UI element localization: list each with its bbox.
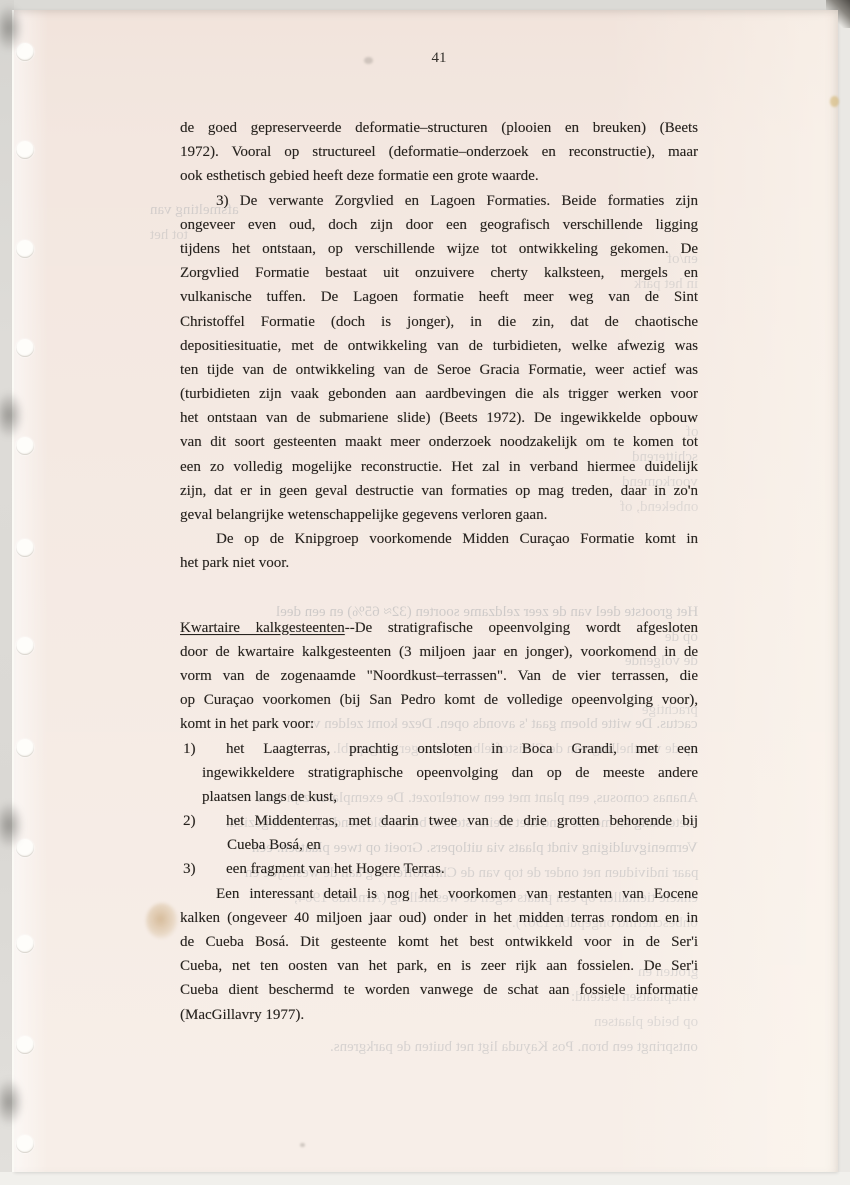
text-line: Cueba Bosá, en — [180, 833, 698, 857]
page-number: 41 — [180, 50, 698, 67]
punch-hole — [16, 637, 34, 655]
list-marker: 2) — [183, 809, 196, 833]
text-line: kalken (ongeveer 40 miljoen jaar oud) on… — [180, 906, 698, 930]
text-line: door de kwartaire kalkgesteenten (3 milj… — [180, 640, 698, 664]
punch-hole — [16, 437, 34, 455]
text-block: de goed gepreserveerde deformatie–struct… — [180, 116, 698, 1027]
text-line: een zo volledig mogelijke reconstructie.… — [180, 455, 698, 479]
text-line: plaatsen langs de kust, — [180, 785, 698, 809]
text-line: komt in het park voor: — [180, 712, 698, 736]
text-line: (MacGillavry 1977). — [180, 1003, 698, 1027]
punch-hole — [16, 539, 34, 557]
text-line: het park niet voor. — [180, 551, 698, 575]
scanner-bed-left — [0, 0, 14, 1185]
punch-hole — [16, 1135, 34, 1153]
text-line: de Cueba Bosá. Dit gesteente komt het be… — [180, 930, 698, 954]
yellow-spot — [830, 96, 839, 107]
text-line: 3) De verwante Zorgvlied en Lagoen Forma… — [180, 189, 698, 213]
text-line: op Curaçao voorkomen (bij San Pedro komt… — [180, 688, 698, 712]
text-line: tijdens het ontstaan, op verschillende w… — [180, 237, 698, 261]
punch-hole — [16, 141, 34, 159]
text-line: Cueba, net ten oosten van het park, en i… — [180, 954, 698, 978]
text-line: het ontstaan van de submariene slide) (B… — [180, 406, 698, 430]
text-line: ten tijde van de ontwikkeling van de Ser… — [180, 358, 698, 382]
text-line: Een interessant detail is nog het voorko… — [180, 882, 698, 906]
text-line: De op de Knipgroep voorkomende Midden Cu… — [180, 527, 698, 551]
text-line: depositiesituatie, met de ontwikkeling v… — [180, 334, 698, 358]
list-marker: 1) — [183, 737, 196, 761]
list-marker: 3) — [183, 857, 196, 881]
text-line: ongeveer even oud, doch zijn door een ge… — [180, 213, 698, 237]
punch-hole — [16, 339, 34, 357]
text-line: Christoffel Formatie (doch is jonger), i… — [180, 310, 698, 334]
scanner-bed-right — [838, 0, 850, 1185]
scanned-page: afsmelting vantot heten/ofin het parkofs… — [0, 0, 850, 1185]
text-line: van dit soort gesteenten maakt meer onde… — [180, 430, 698, 454]
punch-hole — [16, 935, 34, 953]
text-line: ook esthetisch gebied heeft deze formati… — [180, 164, 698, 188]
text-line: Zorgvlied Formatie bestaat uit onzuivere… — [180, 261, 698, 285]
text-line: vorm van de zogenaamde "Noordkust–terras… — [180, 664, 698, 688]
text-line: Kwartaire kalkgesteenten--De stratigrafi… — [180, 616, 698, 640]
brown-stain — [146, 903, 178, 939]
underlined-heading: Kwartaire kalkgesteenten — [180, 620, 345, 636]
dust-speck — [300, 1143, 305, 1147]
text-line: 2)het Middenterras, met daarin twee van … — [180, 809, 698, 833]
text-line: ingewikkeldere stratigraphische opeenvol… — [180, 761, 698, 785]
dust-speck — [364, 57, 373, 64]
text-line: de goed gepreserveerde deformatie–struct… — [180, 116, 698, 140]
text-line: 1)het Laagterras, prachtig ontsloten in … — [180, 737, 698, 761]
text-line: Cueba dient beschermd te worden vanwege … — [180, 978, 698, 1002]
text-line: 3)een fragment van het Hogere Terras. — [180, 857, 698, 881]
text-line: zijn, dat er in geen geval destructie va… — [180, 479, 698, 503]
punch-hole — [16, 739, 34, 757]
text-line: vulkanische tuffen. De Lagoen formatie h… — [180, 285, 698, 309]
scanner-bed-top — [0, 0, 850, 10]
text-line: (turbidieten zijn vaak gebonden aan aard… — [180, 382, 698, 406]
punch-hole — [16, 1036, 34, 1054]
punch-hole — [16, 240, 34, 258]
text-line: geval belangrijke wetenschappelijke gege… — [180, 503, 698, 527]
scanner-bed-bottom — [0, 1172, 850, 1185]
text-line: 1972). Vooral op structureel (deformatie… — [180, 140, 698, 164]
